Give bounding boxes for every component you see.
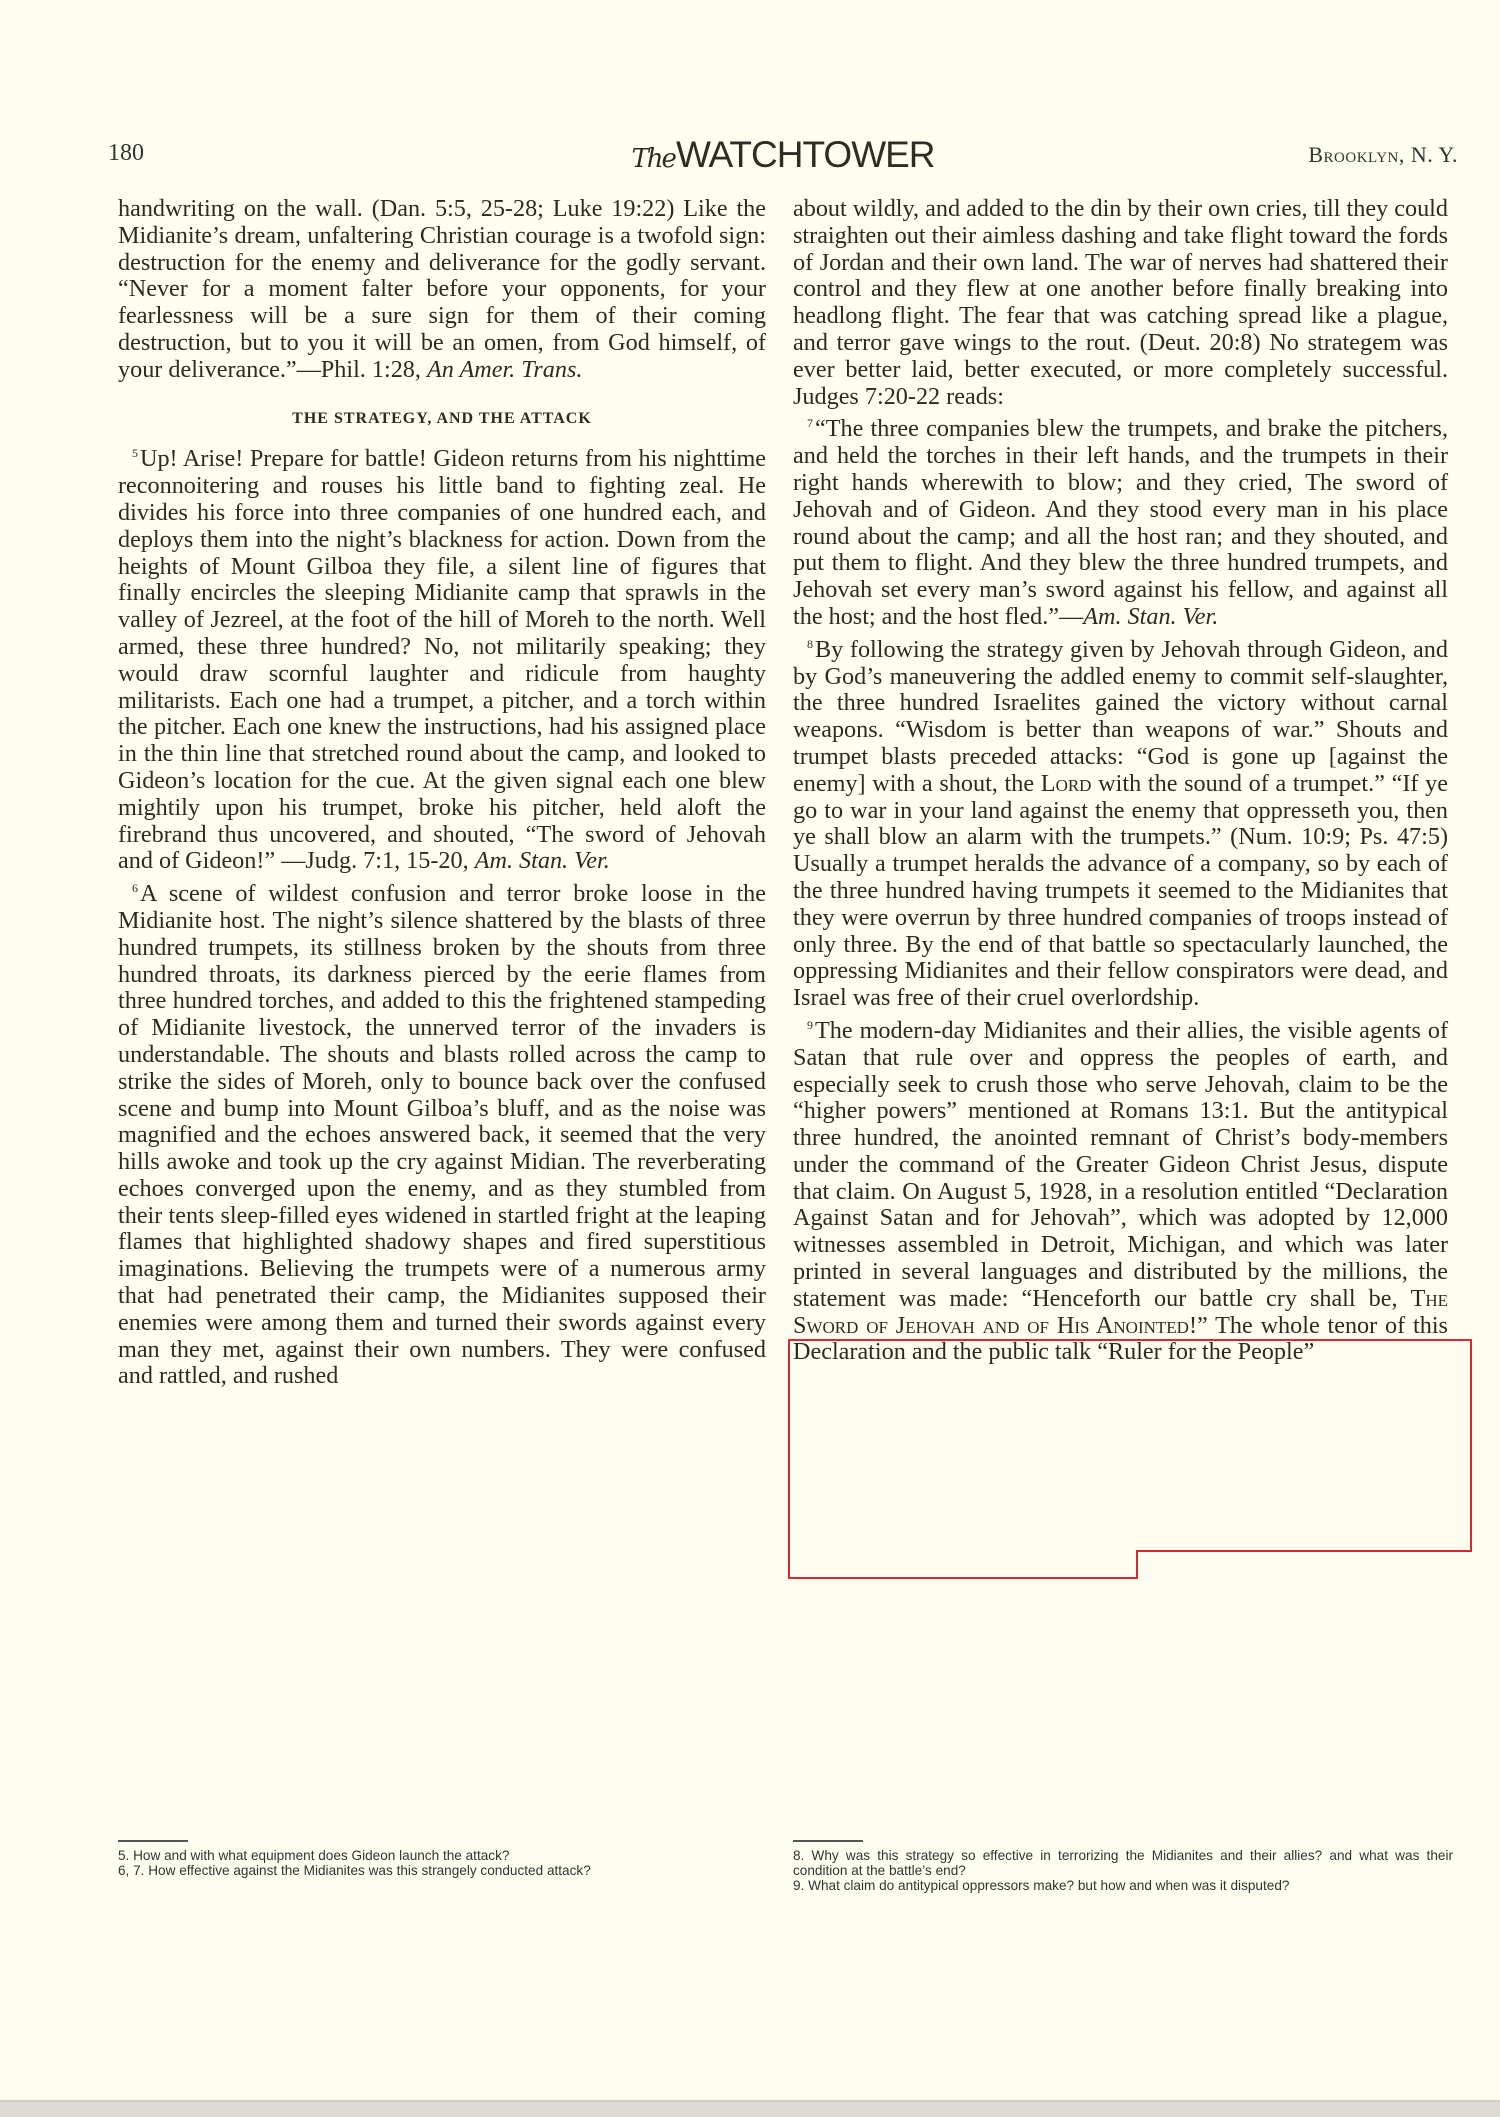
paragraph-text: A scene of wildest confusion and terror … [118, 880, 766, 1389]
small-caps-lord: Lord [1041, 770, 1092, 797]
study-questions-right: 8. Why was this strategy so effective in… [793, 1840, 1453, 1893]
paragraph-8: 8By following the strategy given by Jeho… [793, 631, 1448, 1012]
study-questions-left: 5. How and with what equipment does Gide… [118, 1840, 773, 1878]
page-header: 180 TheWATCHTOWER Brooklyn, N. Y. [108, 136, 1458, 176]
footnote-rule [793, 1840, 863, 1842]
paragraph-number: 8 [807, 637, 813, 651]
paragraph-text: handwriting on the wall. (Dan. 5:5, 25-2… [118, 195, 766, 383]
left-column: handwriting on the wall. (Dan. 5:5, 25-2… [118, 196, 766, 1390]
magazine-page: 180 TheWATCHTOWER Brooklyn, N. Y. handwr… [0, 0, 1500, 2100]
masthead-title: WATCHTOWER [676, 134, 935, 175]
citation: Am. Stan. Ver. [1083, 603, 1218, 630]
paragraph-5: 5Up! Arise! Prepare for battle! Gideon r… [118, 440, 766, 875]
paragraph-number: 7 [807, 416, 813, 430]
paragraph-text: with the sound of a trumpet.” “If ye go … [793, 770, 1448, 1011]
paragraph-number: 6 [132, 881, 138, 895]
highlight-box [788, 1339, 1472, 1552]
study-question: 6, 7. How effective against the Midianit… [118, 1863, 773, 1878]
section-subheading: THE STRATEGY, AND THE ATTACK [118, 406, 766, 433]
paragraph-6: 6A scene of wildest confusion and terror… [118, 875, 766, 1390]
right-column: about wildly, and added to the din by th… [793, 196, 1448, 1366]
paragraph-9: 9The modern-day Midianites and their all… [793, 1012, 1448, 1366]
highlight-box-tail [788, 1550, 1138, 1579]
highlight-box-step [1136, 1550, 1472, 1552]
paragraph-7: 7“The three companies blew the trumpets,… [793, 410, 1448, 630]
paragraph-text: Up! Arise! Prepare for battle! Gideon re… [118, 445, 766, 874]
footnote-rule [118, 1840, 188, 1842]
citation: An Amer. Trans. [427, 356, 582, 383]
publication-location: Brooklyn, N. Y. [1308, 142, 1458, 168]
paragraph-number: 5 [132, 446, 138, 460]
highlighted-text[interactable]: The modern-day Midianites and their alli… [793, 1017, 1448, 1205]
masthead: TheWATCHTOWER [108, 134, 1458, 176]
citation: Am. Stan. Ver. [475, 847, 610, 874]
study-question: 9. What claim do antitypical oppressors … [793, 1878, 1453, 1893]
page-bottom-edge [0, 2100, 1500, 2117]
continuation-paragraph: about wildly, and added to the din by th… [793, 196, 1448, 410]
masthead-prefix: The [631, 144, 674, 174]
study-question: 8. Why was this strategy so effective in… [793, 1848, 1453, 1878]
continuation-paragraph: handwriting on the wall. (Dan. 5:5, 25-2… [118, 196, 766, 384]
study-question: 5. How and with what equipment does Gide… [118, 1848, 773, 1863]
paragraph-number: 9 [807, 1018, 813, 1032]
paragraph-text: “The three companies blew the trumpets, … [793, 415, 1448, 630]
